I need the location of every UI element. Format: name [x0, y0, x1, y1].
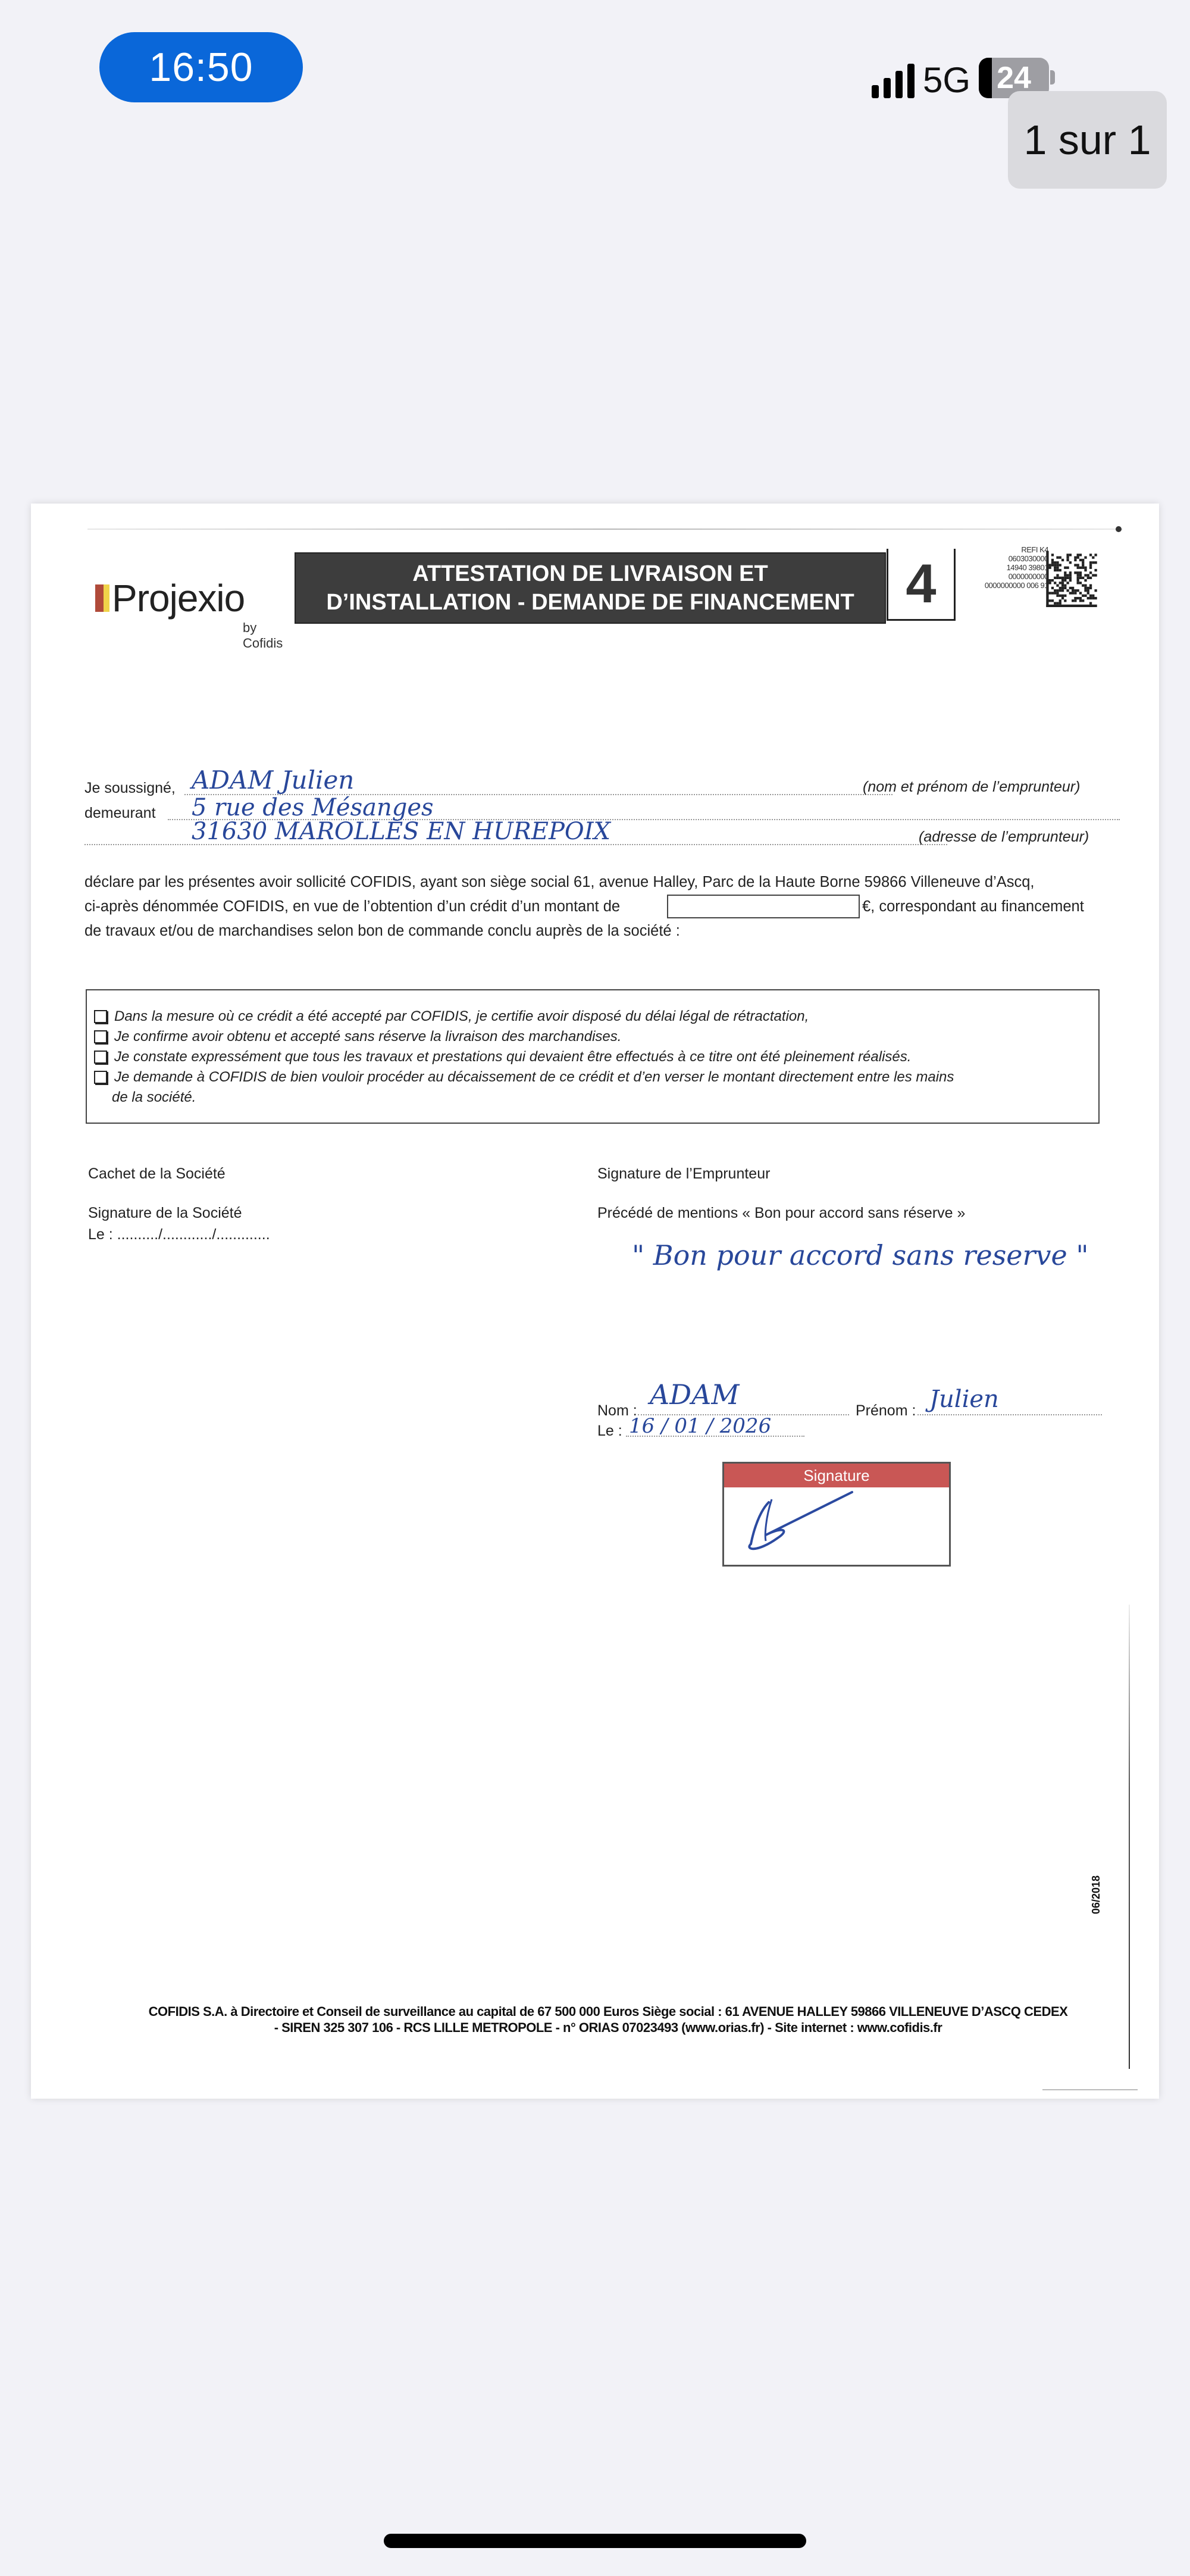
checklist-item[interactable]: Dans la mesure où ce crédit a été accept… — [94, 1008, 809, 1025]
form-version: 06/2018 — [1090, 1875, 1103, 1914]
credit-amount-field[interactable] — [667, 895, 860, 918]
scan-artifact-line — [87, 529, 1123, 530]
company-date-field[interactable]: Le : ........../............/...........… — [88, 1226, 270, 1243]
checklist-label: Je constate expressément que tous les tr… — [114, 1049, 911, 1065]
declaration-line-1: déclare par les présentes avoir sollicit… — [84, 874, 1035, 891]
signal-icon — [872, 62, 915, 98]
ref-line: 0000000000 — [929, 572, 1048, 581]
ref-line: 0000000000 006 91 — [929, 581, 1048, 590]
battery-level: 24 — [997, 60, 1031, 96]
date-label: Le : — [597, 1423, 622, 1440]
footer-line-1: COFIDIS S.A. à Directoire et Conseil de … — [90, 2003, 1126, 2019]
hint-address: (adresse de l’emprunteur) — [919, 829, 1089, 846]
status-time[interactable]: 16:50 — [99, 32, 303, 102]
checklist-continuation: de la société. — [112, 1089, 196, 1106]
checkbox[interactable] — [94, 1051, 107, 1064]
handwritten-name: ADAM Julien — [192, 765, 354, 795]
handwritten-signature-icon — [724, 1487, 945, 1561]
projexio-logo: Projexio by Cofidis — [95, 563, 297, 634]
logo-byline: by Cofidis — [243, 620, 297, 651]
declaration-line-2-suffix: €, correspondant au financement — [862, 898, 1084, 915]
handwritten-nom[interactable]: ADAM — [650, 1378, 739, 1411]
checklist-label: de la société. — [112, 1089, 196, 1106]
scan-bottom-line — [1042, 2089, 1138, 2090]
scan-margin-line — [1129, 1605, 1130, 2069]
checkbox[interactable] — [94, 1010, 107, 1023]
prenom-label: Prénom : — [856, 1402, 916, 1420]
label-soussigne: Je soussigné, — [84, 780, 176, 797]
handwritten-prenom[interactable]: Julien — [929, 1386, 999, 1413]
handwritten-address-line-2: 31630 MAROLLES EN HUREPOIX — [192, 818, 610, 845]
title-line-1: ATTESTATION DE LIVRAISON ET — [296, 559, 885, 588]
document-title: ATTESTATION DE LIVRAISON ET D’INSTALLATI… — [295, 552, 886, 624]
checklist-item[interactable]: Je constate expressément que tous les tr… — [94, 1049, 911, 1065]
checklist-label: Je confirme avoir obtenu et accepté sans… — [114, 1028, 621, 1045]
battery-tip-icon — [1050, 70, 1055, 85]
checkbox[interactable] — [94, 1071, 107, 1084]
handwritten-date[interactable]: 16 / 01 / 2026 — [629, 1414, 771, 1438]
footer-line-2: - SIREN 325 307 106 - RCS LILLE METROPOL… — [90, 2019, 1126, 2036]
ref-line: 14940 39801 — [929, 563, 1048, 572]
checklist-item[interactable]: Je confirme avoir obtenu et accepté sans… — [94, 1028, 621, 1045]
title-line-2: D’INSTALLATION - DEMANDE DE FINANCEMENT — [296, 588, 885, 617]
hint-name: (nom et prénom de l’emprunteur) — [863, 779, 1080, 796]
declaration-line-3: de travaux et/ou de marchandises selon b… — [84, 923, 680, 940]
ref-line: REFI K4 — [929, 545, 1048, 554]
document-page[interactable]: Projexio by Cofidis ATTESTATION DE LIVRA… — [31, 504, 1159, 2099]
page-counter: 1 sur 1 — [1008, 91, 1167, 189]
prenom-dotted-line — [917, 1414, 1102, 1415]
datamatrix-code-icon — [1046, 551, 1097, 607]
label-demeurant: demeurant — [84, 805, 156, 822]
checkbox[interactable] — [94, 1030, 107, 1043]
signature-box[interactable]: Signature — [722, 1462, 951, 1567]
borrower-signature-label: Signature de l’Emprunteur — [597, 1165, 770, 1183]
mention-instruction: Précédé de mentions « Bon pour accord sa… — [597, 1205, 965, 1222]
declaration-line-2: ci-après dénommée COFIDIS, en vue de l’o… — [84, 898, 620, 915]
company-signature-label: Signature de la Société — [88, 1205, 242, 1222]
reference-block: REFI K4 0603030000 14940 39801 000000000… — [929, 545, 1048, 590]
ref-line: 0603030000 — [929, 554, 1048, 563]
handwritten-mention: " Bon pour accord sans reserve " — [632, 1239, 1089, 1271]
home-indicator[interactable] — [384, 2534, 806, 2548]
checklist-label: Je demande à COFIDIS de bien vouloir pro… — [114, 1069, 954, 1086]
attestation-checklist: Dans la mesure où ce crédit a été accept… — [86, 989, 1100, 1124]
network-type: 5G — [923, 62, 970, 98]
checklist-item[interactable]: Je demande à COFIDIS de bien vouloir pro… — [94, 1069, 954, 1086]
signature-box-title: Signature — [724, 1464, 949, 1487]
legal-footer: COFIDIS S.A. à Directoire et Conseil de … — [90, 2003, 1126, 2036]
company-stamp-label: Cachet de la Société — [88, 1165, 226, 1183]
logo-brand: Projexio — [112, 576, 245, 620]
checklist-label: Dans la mesure où ce crédit a été accept… — [114, 1008, 809, 1025]
scan-artifact-dot — [1116, 526, 1122, 532]
